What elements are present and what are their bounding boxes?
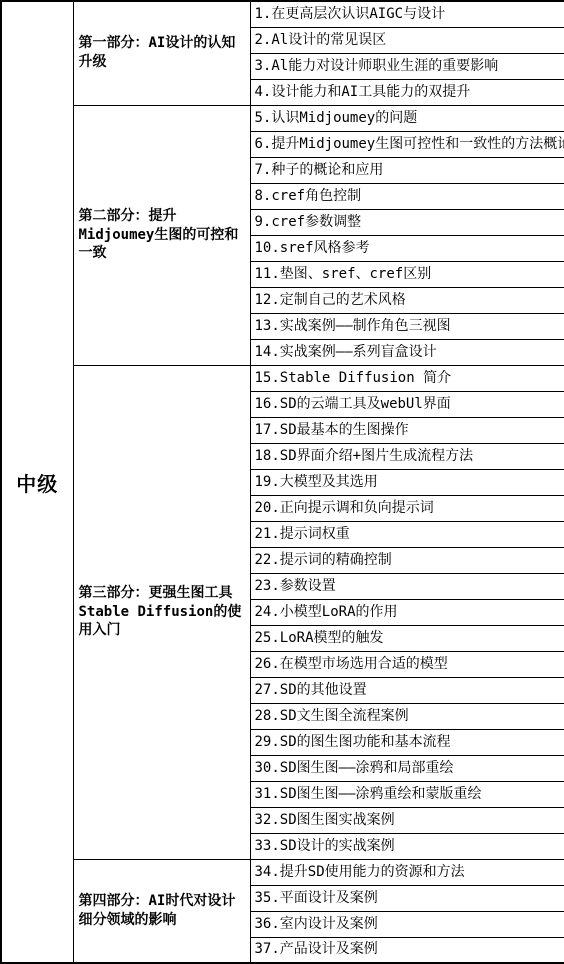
course-item-cell: 18.SD界面介绍+图片生成流程方法 xyxy=(250,443,564,469)
course-item-cell: 26.在模型市场选用合适的模型 xyxy=(250,651,564,677)
section-title-cell: 第三部分：更强生图工具Stable Diffusion的使用入门 xyxy=(73,365,250,859)
course-item-cell: 8.cref角色控制 xyxy=(250,183,564,209)
course-item-cell: 24.小模型LoRA的作用 xyxy=(250,599,564,625)
course-table-body: 中级第一部分：AI设计的认知升级1.在更高层次认识AIGC与设计2.Al设计的常… xyxy=(1,1,564,963)
course-item-cell: 35.平面设计及案例 xyxy=(250,885,564,911)
course-item-cell: 13.实战案例——制作角色三视图 xyxy=(250,313,564,339)
course-item-cell: 30.SD图生图——涂鸦和局部重绘 xyxy=(250,755,564,781)
course-item-cell: 19.大模型及其选用 xyxy=(250,469,564,495)
course-item-cell: 33.SD设计的实战案例 xyxy=(250,833,564,859)
course-item-cell: 4.设计能力和AI工具能力的双提升 xyxy=(250,79,564,105)
course-item-cell: 14.实战案例——系列盲盒设计 xyxy=(250,339,564,365)
course-item-cell: 27.SD的其他设置 xyxy=(250,677,564,703)
course-item-cell: 11.垫图、sref、cref区别 xyxy=(250,261,564,287)
table-row: 中级第一部分：AI设计的认知升级1.在更高层次认识AIGC与设计 xyxy=(1,1,564,27)
course-item-cell: 15.Stable Diffusion 简介 xyxy=(250,365,564,391)
course-item-cell: 5.认识Midjoumey的问题 xyxy=(250,105,564,131)
course-item-cell: 32.SD图生图实战案例 xyxy=(250,807,564,833)
section-title-cell: 第四部分：AI时代对设计细分领域的影响 xyxy=(73,859,250,963)
table-row: 第三部分：更强生图工具Stable Diffusion的使用入门15.Stabl… xyxy=(1,365,564,391)
course-item-cell: 22.提示词的精确控制 xyxy=(250,547,564,573)
course-item-cell: 16.SD的云端工具及webUl界面 xyxy=(250,391,564,417)
table-row: 第四部分：AI时代对设计细分领域的影响34.提升SD使用能力的资源和方法 xyxy=(1,859,564,885)
course-item-cell: 20.正向提示调和负向提示词 xyxy=(250,495,564,521)
course-item-cell: 17.SD最基本的生图操作 xyxy=(250,417,564,443)
course-item-cell: 23.参数设置 xyxy=(250,573,564,599)
course-item-cell: 21.提示词权重 xyxy=(250,521,564,547)
course-item-cell: 10.sref风格参考 xyxy=(250,235,564,261)
course-item-cell: 2.Al设计的常见误区 xyxy=(250,27,564,53)
course-item-cell: 6.提升Midjoumey生图可控性和一致性的方法概论 xyxy=(250,131,564,157)
course-item-cell: 28.SD文生图全流程案例 xyxy=(250,703,564,729)
table-row: 第二部分：提升Midjoumey生图的可控和一致5.认识Midjoumey的问题 xyxy=(1,105,564,131)
level-label-cell: 中级 xyxy=(1,1,73,963)
course-item-cell: 34.提升SD使用能力的资源和方法 xyxy=(250,859,564,885)
course-item-cell: 1.在更高层次认识AIGC与设计 xyxy=(250,1,564,27)
section-title-cell: 第二部分：提升Midjoumey生图的可控和一致 xyxy=(73,105,250,365)
course-item-cell: 36.室内设计及案例 xyxy=(250,911,564,937)
course-item-cell: 9.cref参数调整 xyxy=(250,209,564,235)
course-item-cell: 12.定制自己的艺术风格 xyxy=(250,287,564,313)
course-item-cell: 3.Al能力对设计师职业生涯的重要影响 xyxy=(250,53,564,79)
course-item-cell: 29.SD的图生图功能和基本流程 xyxy=(250,729,564,755)
course-item-cell: 7.种子的概论和应用 xyxy=(250,157,564,183)
course-outline-table: 中级第一部分：AI设计的认知升级1.在更高层次认识AIGC与设计2.Al设计的常… xyxy=(0,0,564,964)
course-item-cell: 31.SD图生图——涂鸦重绘和蒙版重绘 xyxy=(250,781,564,807)
course-item-cell: 37.产品设计及案例 xyxy=(250,937,564,963)
section-title-cell: 第一部分：AI设计的认知升级 xyxy=(73,1,250,105)
course-item-cell: 25.LoRA模型的触发 xyxy=(250,625,564,651)
